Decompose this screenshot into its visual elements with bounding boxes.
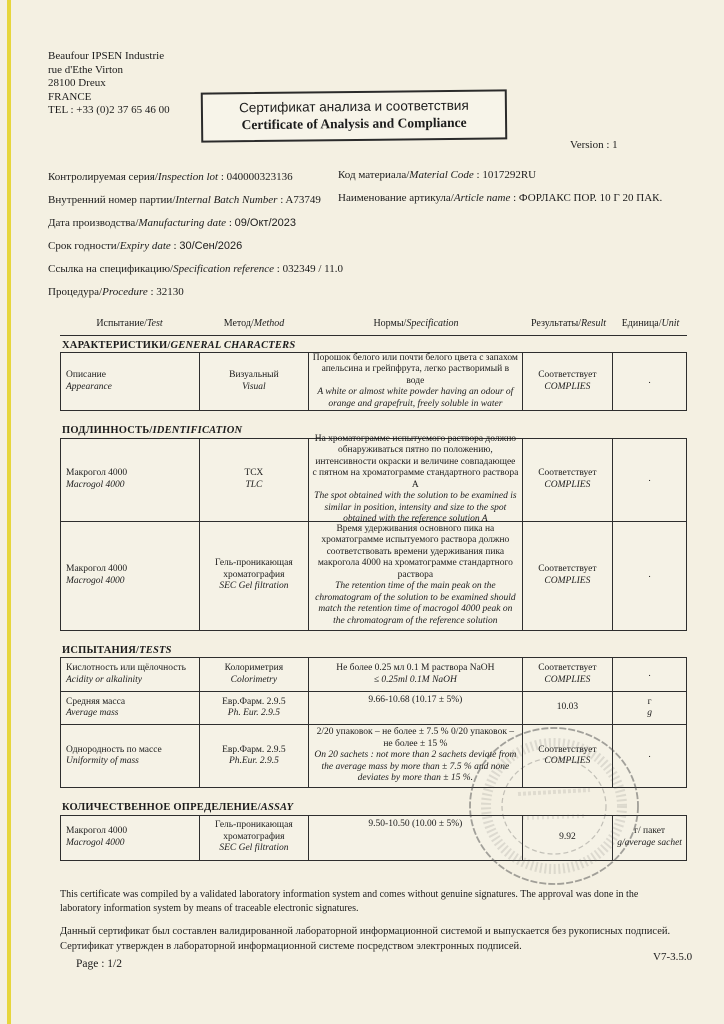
table-row-average-mass: Средняя массаAverage mass Евр.Фарм. 2.9.…	[60, 691, 687, 725]
cell-method: Евр.Фарм. 2.9.5Ph. Eur. 2.9.5	[200, 692, 310, 724]
scan-edge-stripe	[7, 0, 11, 1024]
material-code-value: 1017292RU	[482, 169, 536, 181]
column-header-method: Метод/Method	[199, 318, 309, 330]
footer-disclaimer-en: This certificate was compiled by a valid…	[60, 888, 710, 915]
cell-specification: Время удерживания основного пика на хром…	[309, 522, 522, 630]
field-procedure: Процедура/Procedure : 32130	[48, 285, 343, 299]
company-name: Beaufour IPSEN Industrie	[48, 50, 170, 64]
company-address: Beaufour IPSEN Industrie rue d'Ethe Virt…	[48, 50, 170, 118]
cell-unit: гg	[613, 692, 686, 724]
section-general-characters: ХАРАКТЕРИСТИКИ/GENERAL CHARACTERS	[60, 336, 687, 353]
table-row-uniformity-of-mass: Однородность по массеUniformity of mass …	[60, 724, 687, 788]
meta-fields-right: Код материала/Material Code : 1017292RU …	[338, 168, 662, 214]
field-manufacturing-date: Дата производства/Manufacturing date : 0…	[48, 216, 343, 230]
meta-fields-left: Контролируемая серия/Inspection lot : 04…	[48, 170, 343, 308]
table-row-macrogol-assay: Макрогол 4000Macrogol 4000 Гель-проникаю…	[60, 815, 687, 861]
section-gap	[60, 788, 687, 798]
section-tests: ИСПЫТАНИЯ/TESTS	[60, 641, 687, 658]
software-version: V7-3.5.0	[653, 951, 692, 963]
section-gap	[60, 631, 687, 641]
column-header-test: Испытание/Test	[60, 318, 199, 330]
cell-specification: Порошок белого или почти белого цвета с …	[309, 353, 522, 410]
cell-result: СоответствуетCOMPLIES	[523, 725, 614, 787]
column-header-specification: Нормы/Specification	[309, 318, 523, 330]
cell-unit: .	[613, 725, 686, 787]
company-city: 28100 Dreux	[48, 77, 170, 91]
field-internal-batch-number: Внутренний номер партии/Internal Batch N…	[48, 193, 343, 207]
cell-test: ОписаниеAppearance	[61, 353, 200, 410]
column-header-result: Результаты/Result	[523, 318, 614, 330]
cell-test: Макрогол 4000Macrogol 4000	[61, 522, 200, 630]
section-assay: КОЛИЧЕСТВЕННОЕ ОПРЕДЕЛЕНИЕ/ASSAY	[60, 798, 687, 815]
company-country: FRANCE	[48, 91, 170, 105]
cell-test: Макрогол 4000Macrogol 4000	[61, 816, 200, 860]
cell-method: Евр.Фарм. 2.9.5Ph.Eur. 2.9.5	[200, 725, 310, 787]
cell-method: Гель-проникающая хроматографияSEC Gel fi…	[200, 816, 310, 860]
field-material-code: Код материала/Material Code : 1017292RU	[338, 168, 662, 182]
column-header-unit: Единица/Unit	[614, 318, 687, 330]
table-row-acidity: Кислотность или щёлочностьAcidity or alk…	[60, 657, 687, 692]
document-title-en: Certificate of Analysis and Compliance	[207, 113, 501, 133]
cell-result: СоответствуетCOMPLIES	[523, 353, 614, 410]
internal-batch-number-value: A73749	[285, 194, 320, 206]
field-article-name: Наименование артикула/Article name : ФОР…	[338, 191, 662, 205]
page-number: Page : 1/2	[76, 958, 122, 970]
cell-unit: .	[613, 439, 686, 521]
cell-method: ВизуальныйVisual	[200, 353, 310, 410]
cell-result: 9.92	[523, 816, 614, 860]
table-header-row: Испытание/Test Метод/Method Нормы/Specif…	[60, 315, 687, 336]
results-table: Испытание/Test Метод/Method Нормы/Specif…	[60, 315, 687, 861]
cell-specification: Не более 0.25 мл 0.1 М раствора NaOH≤ 0.…	[309, 658, 522, 691]
field-inspection-lot: Контролируемая серия/Inspection lot : 04…	[48, 170, 343, 184]
cell-test: Средняя массаAverage mass	[61, 692, 200, 724]
cell-result: СоответствуетCOMPLIES	[523, 522, 614, 630]
company-phone: TEL : +33 (0)2 37 65 46 00	[48, 104, 170, 118]
cell-method: КолориметрияColorimetry	[200, 658, 310, 691]
version-label: Version : 1	[570, 139, 618, 151]
cell-unit: .	[613, 522, 686, 630]
table-row-macrogol-sec: Макрогол 4000Macrogol 4000 Гель-проникаю…	[60, 521, 687, 631]
article-name-value: ФОРЛАКС ПОР. 10 Г 20 ПАК.	[519, 192, 662, 204]
cell-specification: На хроматограмме испытуемого раствора до…	[309, 439, 522, 521]
table-row-macrogol-tlc: Макрогол 4000Macrogol 4000 ТСХTLC На хро…	[60, 438, 687, 522]
cell-test: Кислотность или щёлочностьAcidity or alk…	[61, 658, 200, 691]
cell-result: 10.03	[523, 692, 614, 724]
procedure-value: 32130	[156, 286, 184, 298]
expiry-date-value: 30/Сен/2026	[179, 240, 242, 252]
manufacturing-date-value: 09/Окт/2023	[235, 217, 296, 229]
field-specification-reference: Ссылка на спецификацию/Specification ref…	[48, 262, 343, 276]
cell-unit: .	[613, 658, 686, 691]
cell-result: СоответствуетCOMPLIES	[523, 658, 614, 691]
footer-disclaimer-ru: Данный сертификат был составлен валидиро…	[60, 924, 710, 954]
cell-specification: 9.50-10.50 (10.00 ± 5%)	[309, 816, 522, 860]
document-title-box: Сертификат анализа и соответствия Certif…	[201, 89, 508, 142]
cell-test: Однородность по массеUniformity of mass	[61, 725, 200, 787]
specification-reference-value: 032349 / 11.0	[283, 263, 343, 275]
cell-result: СоответствуетCOMPLIES	[523, 439, 614, 521]
cell-specification: 9.66-10.68 (10.17 ± 5%)	[309, 692, 522, 724]
cell-unit: г/ пакетg/average sachet	[613, 816, 686, 860]
section-gap	[60, 411, 687, 421]
cell-method: Гель-проникающая хроматографияSEC Gel fi…	[200, 522, 310, 630]
inspection-lot-value: 040000323136	[227, 171, 293, 183]
cell-specification: 2/20 упаковок – не более ± 7.5 % 0/20 уп…	[309, 725, 522, 787]
company-street: rue d'Ethe Virton	[48, 64, 170, 78]
table-row-appearance: ОписаниеAppearance ВизуальныйVisual Поро…	[60, 352, 687, 411]
field-expiry-date: Срок годности/Expiry date : 30/Сен/2026	[48, 239, 343, 253]
cell-unit: .	[613, 353, 686, 410]
cell-method: ТСХTLC	[200, 439, 310, 521]
cell-test: Макрогол 4000Macrogol 4000	[61, 439, 200, 521]
